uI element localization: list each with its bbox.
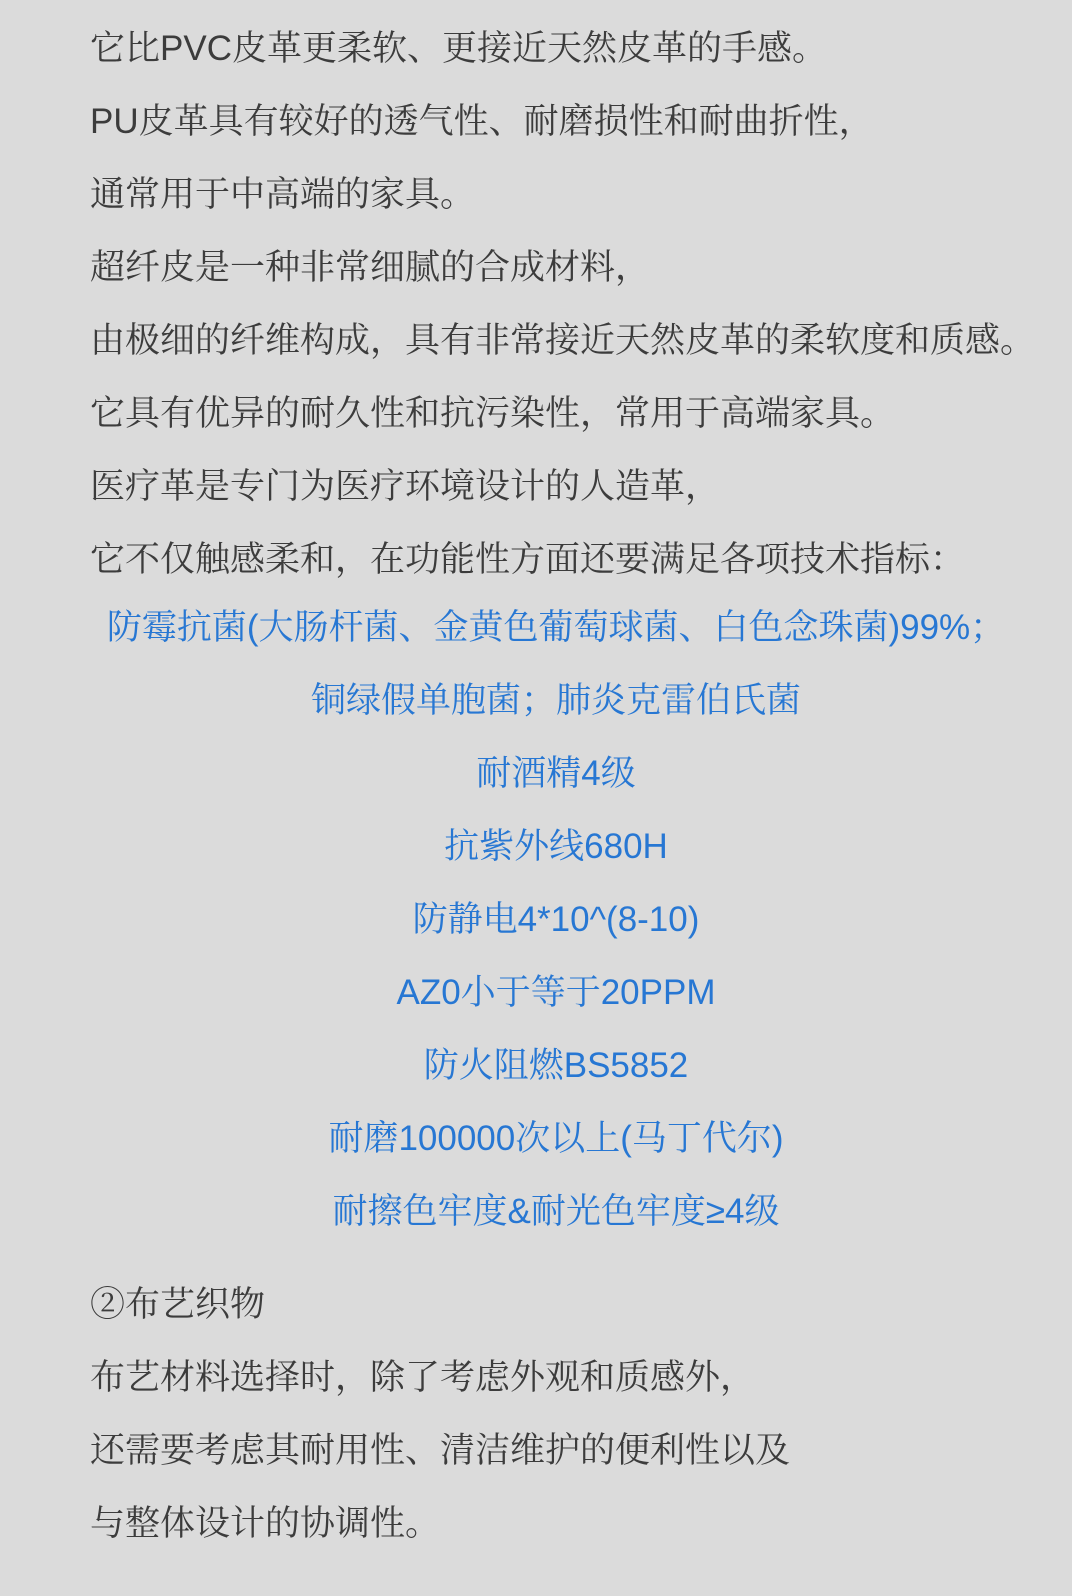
spec-line-antibacterial: 防霉抗菌(大肠杆菌、金黄色葡萄球菌、白色念珠菌)99%； <box>40 591 1072 664</box>
spec-line-color-fastness: 耐擦色牢度&耐光色牢度≥4级 <box>40 1175 1072 1248</box>
intro-paragraph-line: 超纤皮是一种非常细腻的合成材料， <box>0 231 1072 304</box>
spec-line-antistatic: 防静电4*10^(8-10) <box>40 883 1072 956</box>
document-page: 它比PVC皮革更柔软、更接近天然皮革的手感。 PU皮革具有较好的透气性、耐磨损性… <box>0 0 1072 1560</box>
fabric-paragraph-line: 还需要考虑其耐用性、清洁维护的便利性以及 <box>0 1414 1072 1487</box>
intro-paragraph-line: 医疗革是专门为医疗环境设计的人造革， <box>0 450 1072 523</box>
section-heading-fabric: ②布艺织物 <box>0 1268 1072 1341</box>
spec-line-alcohol-resistance: 耐酒精4级 <box>40 737 1072 810</box>
intro-paragraph-line: 它不仅触感柔和，在功能性方面还要满足各项技术指标： <box>0 523 1072 596</box>
fabric-paragraph-line: 与整体设计的协调性。 <box>0 1487 1072 1560</box>
intro-paragraph-line: PU皮革具有较好的透气性、耐磨损性和耐曲折性， <box>0 85 1072 158</box>
fabric-paragraph-line: 布艺材料选择时，除了考虑外观和质感外， <box>0 1341 1072 1414</box>
spec-line-bacteria-types: 铜绿假单胞菌；肺炎克雷伯氏菌 <box>40 664 1072 737</box>
spec-line-fire-retardant: 防火阻燃BS5852 <box>40 1029 1072 1102</box>
intro-paragraph-line: 它具有优异的耐久性和抗污染性，常用于高端家具。 <box>0 377 1072 450</box>
intro-paragraph-line: 通常用于中高端的家具。 <box>0 158 1072 231</box>
intro-paragraph-line: 由极细的纤维构成，具有非常接近天然皮革的柔软度和质感。 <box>0 304 1072 377</box>
spec-line-abrasion: 耐磨100000次以上(马丁代尔) <box>40 1102 1072 1175</box>
intro-paragraph-line: 它比PVC皮革更柔软、更接近天然皮革的手感。 <box>0 12 1072 85</box>
technical-spec-list: 防霉抗菌(大肠杆菌、金黄色葡萄球菌、白色念珠菌)99%； 铜绿假单胞菌；肺炎克雷… <box>0 591 1072 1248</box>
spec-line-uv-resistance: 抗紫外线680H <box>40 810 1072 883</box>
spec-line-azo: AZ0小于等于20PPM <box>40 956 1072 1029</box>
